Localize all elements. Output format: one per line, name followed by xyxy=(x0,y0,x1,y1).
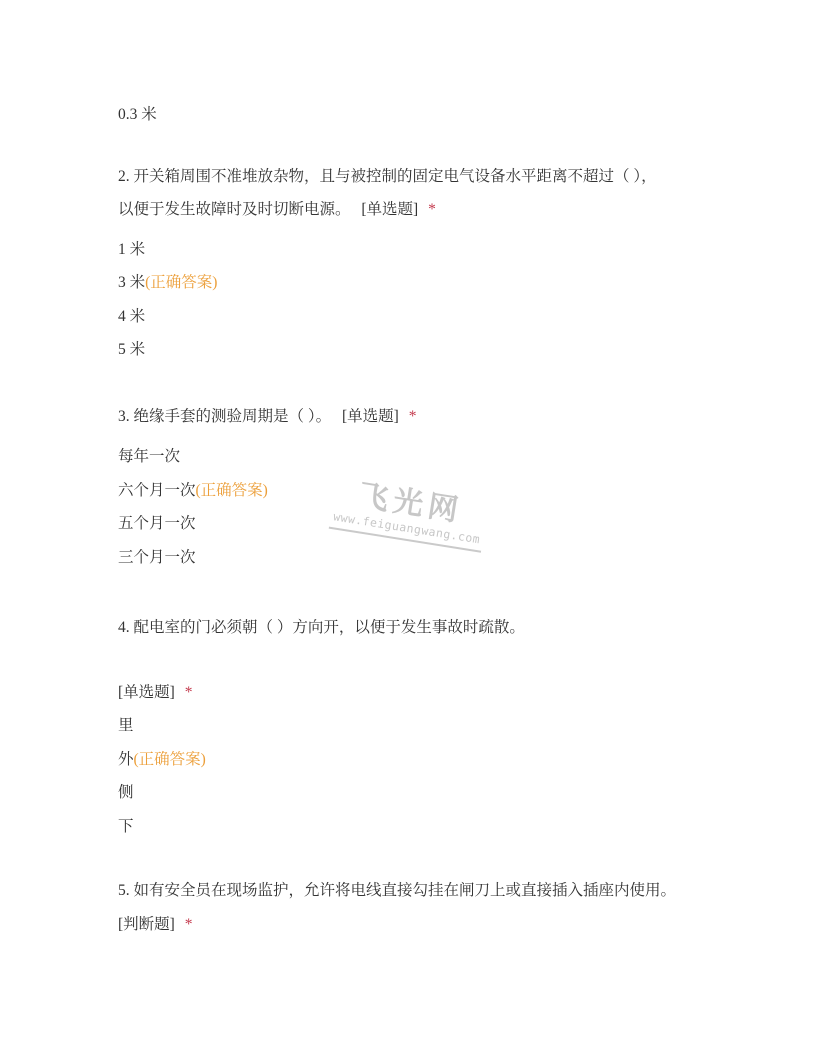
question-2-type-badge: [单选题] xyxy=(361,201,418,218)
option-label: 4 米 xyxy=(118,308,145,325)
question-4-text-line: 4. 配电室的门必须朝（ ）方向开，以便于发生事故时疏散。 xyxy=(118,611,736,645)
question-5: 5. 如有安全员在现场监护，允许将电线直接勾挂在闸刀上或直接插入插座内使用。 [… xyxy=(118,874,736,941)
question-4-options: 里 外(正确答案) 侧 下 xyxy=(118,709,736,843)
option-label: 外 xyxy=(118,751,134,768)
question-3-type-badge: [单选题] xyxy=(342,408,399,425)
required-star-icon: * xyxy=(185,916,193,933)
option-label: 六个月一次 xyxy=(118,482,196,499)
option-label: 里 xyxy=(118,717,134,734)
exam-document-page: 0.3 米 2. 开关箱周围不准堆放杂物，且与被控制的固定电气设备水平距离不超过… xyxy=(0,0,816,1056)
question-4: 4. 配电室的门必须朝（ ）方向开，以便于发生事故时疏散。 xyxy=(118,611,736,645)
option-row: 外(正确答案) xyxy=(118,743,736,777)
correct-answer-tag: (正确答案) xyxy=(134,751,206,768)
question-3-text: 3. 绝缘手套的测验周期是（ ）。 xyxy=(118,408,331,425)
required-star-icon: * xyxy=(409,408,417,425)
question-4-type-badge: [单选题] xyxy=(118,684,175,701)
question-5-text-line: 5. 如有安全员在现场监护，允许将电线直接勾挂在闸刀上或直接插入插座内使用。 xyxy=(118,874,736,908)
option-row: 侧 xyxy=(118,776,736,810)
option-label: 1 米 xyxy=(118,241,145,258)
option-row: 里 xyxy=(118,709,736,743)
question-3: 3. 绝缘手套的测验周期是（ ）。 [单选题] * xyxy=(118,400,736,434)
question-2-text: 以便于发生故障时及时切断电源。 xyxy=(118,201,351,218)
question-2-text-line-1: 2. 开关箱周围不准堆放杂物，且与被控制的固定电气设备水平距离不超过（ ）， xyxy=(118,160,736,194)
question-1-leftover-option: 0.3 米 xyxy=(118,98,736,132)
question-2-options: 1 米 3 米(正确答案) 4 米 5 米 xyxy=(118,233,736,367)
option-row: 3 米(正确答案) xyxy=(118,266,736,300)
option-label: 5 米 xyxy=(118,341,145,358)
option-label: 五个月一次 xyxy=(118,515,196,532)
option-label: 侧 xyxy=(118,784,134,801)
question-2-text-line-2: 以便于发生故障时及时切断电源。 [单选题] * xyxy=(118,193,736,227)
option-label: 下 xyxy=(118,818,134,835)
question-5-type-line: [判断题] * xyxy=(118,908,736,942)
option-row: 每年一次 xyxy=(118,440,736,474)
required-star-icon: * xyxy=(428,201,436,218)
option-row: 5 米 xyxy=(118,333,736,367)
option-label: 3 米 xyxy=(118,274,145,291)
option-row: 五个月一次 xyxy=(118,507,736,541)
question-4-type-line: [单选题] * xyxy=(118,676,736,710)
option-row: 4 米 xyxy=(118,300,736,334)
option-label: 三个月一次 xyxy=(118,549,196,566)
question-3-options: 每年一次 六个月一次(正确答案) 五个月一次 三个月一次 xyxy=(118,440,736,574)
question-3-text-line: 3. 绝缘手套的测验周期是（ ）。 [单选题] * xyxy=(118,400,736,434)
correct-answer-tag: (正确答案) xyxy=(145,274,217,291)
question-2: 2. 开关箱周围不准堆放杂物，且与被控制的固定电气设备水平距离不超过（ ）， 以… xyxy=(118,160,736,227)
required-star-icon: * xyxy=(185,684,193,701)
option-row: 1 米 xyxy=(118,233,736,267)
option-row: 三个月一次 xyxy=(118,541,736,575)
question-5-type-badge: [判断题] xyxy=(118,916,175,933)
option-row: 六个月一次(正确答案) xyxy=(118,474,736,508)
option-label: 每年一次 xyxy=(118,448,180,465)
option-row: 下 xyxy=(118,810,736,844)
correct-answer-tag: (正确答案) xyxy=(196,482,268,499)
